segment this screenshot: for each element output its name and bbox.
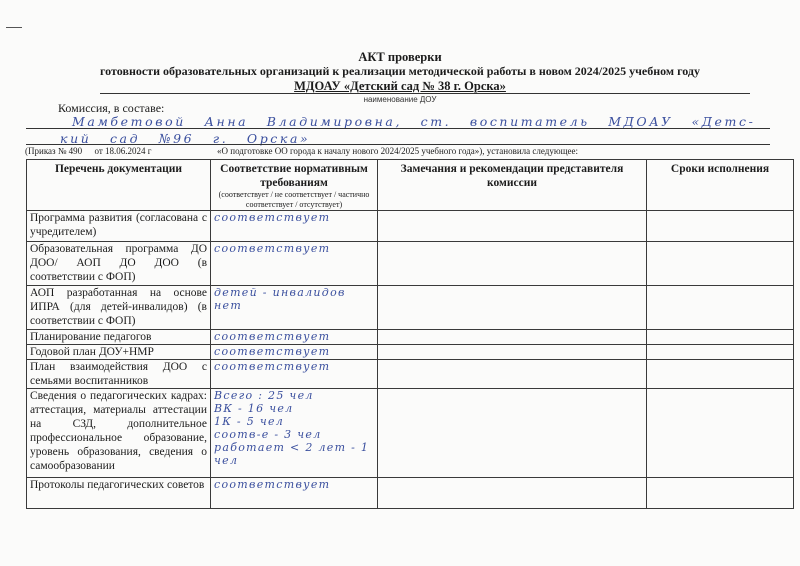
document-cell: АОП разработанная на основе ИПРА (для де… — [27, 286, 211, 330]
organization-name: МДОАУ «Детский сад № 38 г. Орска» — [0, 79, 800, 94]
staff-highest-category: ВК - 16 чел — [214, 402, 374, 415]
staff-total: Всего : 25 чел — [214, 389, 374, 402]
compliance-cell: соответствует — [211, 242, 378, 286]
table-row: План взаимодействия ДОО с семьями воспит… — [27, 360, 794, 389]
commission-underline-2 — [26, 144, 770, 145]
compliance-cell: соответствует — [211, 330, 378, 345]
document-cell: План взаимодействия ДОО с семьями воспит… — [27, 360, 211, 389]
compliance-cell: соответствует — [211, 345, 378, 360]
deadline-cell — [647, 211, 794, 242]
column-header-remarks: Замечания и рекомендации представителя к… — [378, 160, 647, 211]
commission-underline-1 — [26, 128, 770, 129]
remarks-cell — [378, 345, 647, 360]
order-info: (Приказ № 490 от 18.06.2024 г — [25, 146, 161, 156]
remarks-cell — [378, 330, 647, 345]
column-header-compliance-options: (соответствует / не соответствует / част… — [214, 190, 374, 210]
deadline-cell — [647, 360, 794, 389]
table-row: Годовой план ДОУ+НМР соответствует — [27, 345, 794, 360]
remarks-cell — [378, 211, 647, 242]
table-row: Планирование педагогов соответствует — [27, 330, 794, 345]
column-header-compliance: Соответствие нормативным требованиям(соо… — [211, 160, 378, 211]
document-cell: Образовательная программа ДО ДОО/ АОП ДО… — [27, 242, 211, 286]
document-title: АКТ проверки — [0, 50, 800, 65]
compliance-cell: соответствует — [211, 478, 378, 509]
column-header-deadline: Сроки исполнения — [647, 160, 794, 211]
table-row: Программа развития (согласована с учреди… — [27, 211, 794, 242]
staff-position-match: соотв-е - 3 чел — [214, 428, 374, 441]
table-header-row: Перечень документации Соответствие норма… — [27, 160, 794, 211]
remarks-cell — [378, 360, 647, 389]
deadline-cell — [647, 286, 794, 330]
table-row: Протоколы педагогических советов соответ… — [27, 478, 794, 509]
column-header-documents: Перечень документации — [27, 160, 211, 211]
documentation-table: Перечень документации Соответствие норма… — [26, 159, 794, 509]
compliance-cell: соответствует — [211, 360, 378, 389]
deadline-cell — [647, 478, 794, 509]
remarks-cell — [378, 478, 647, 509]
compliance-cell: детей - инвалидов нет — [211, 286, 378, 330]
remarks-cell — [378, 389, 647, 478]
deadline-cell — [647, 242, 794, 286]
document-cell: Протоколы педагогических советов — [27, 478, 211, 509]
scanned-document-page: АКТ проверки готовности образовательных … — [0, 0, 800, 566]
order-number: (Приказ № 490 — [25, 146, 82, 156]
commission-handwritten-line-1: Мамбетовой Анна Владимировна, ст. воспит… — [72, 114, 755, 129]
order-date: от 18.06.2024 г — [94, 146, 151, 156]
order-reference: «О подготовке ОО города к началу нового … — [217, 146, 578, 156]
document-cell: Программа развития (согласована с учреди… — [27, 211, 211, 242]
remarks-cell — [378, 242, 647, 286]
document-cell: Планирование педагогов — [27, 330, 211, 345]
staff-under-2-years: работает < 2 лет - 1 чел — [214, 441, 374, 467]
table-row: Образовательная программа ДО ДОО/ АОП ДО… — [27, 242, 794, 286]
document-subtitle: готовности образовательных организаций к… — [0, 64, 800, 79]
deadline-cell — [647, 345, 794, 360]
deadline-cell — [647, 389, 794, 478]
org-name-underline — [100, 93, 750, 94]
document-cell: Годовой план ДОУ+НМР — [27, 345, 211, 360]
compliance-cell: Всего : 25 чел ВК - 16 чел 1К - 5 чел со… — [211, 389, 378, 478]
deadline-cell — [647, 330, 794, 345]
scan-mark — [6, 27, 22, 28]
remarks-cell — [378, 286, 647, 330]
compliance-cell: соответствует — [211, 211, 378, 242]
document-cell: Сведения о педагогических кадрах: аттест… — [27, 389, 211, 478]
staff-first-category: 1К - 5 чел — [214, 415, 374, 428]
table-row: АОП разработанная на основе ИПРА (для де… — [27, 286, 794, 330]
table-row: Сведения о педагогических кадрах: аттест… — [27, 389, 794, 478]
